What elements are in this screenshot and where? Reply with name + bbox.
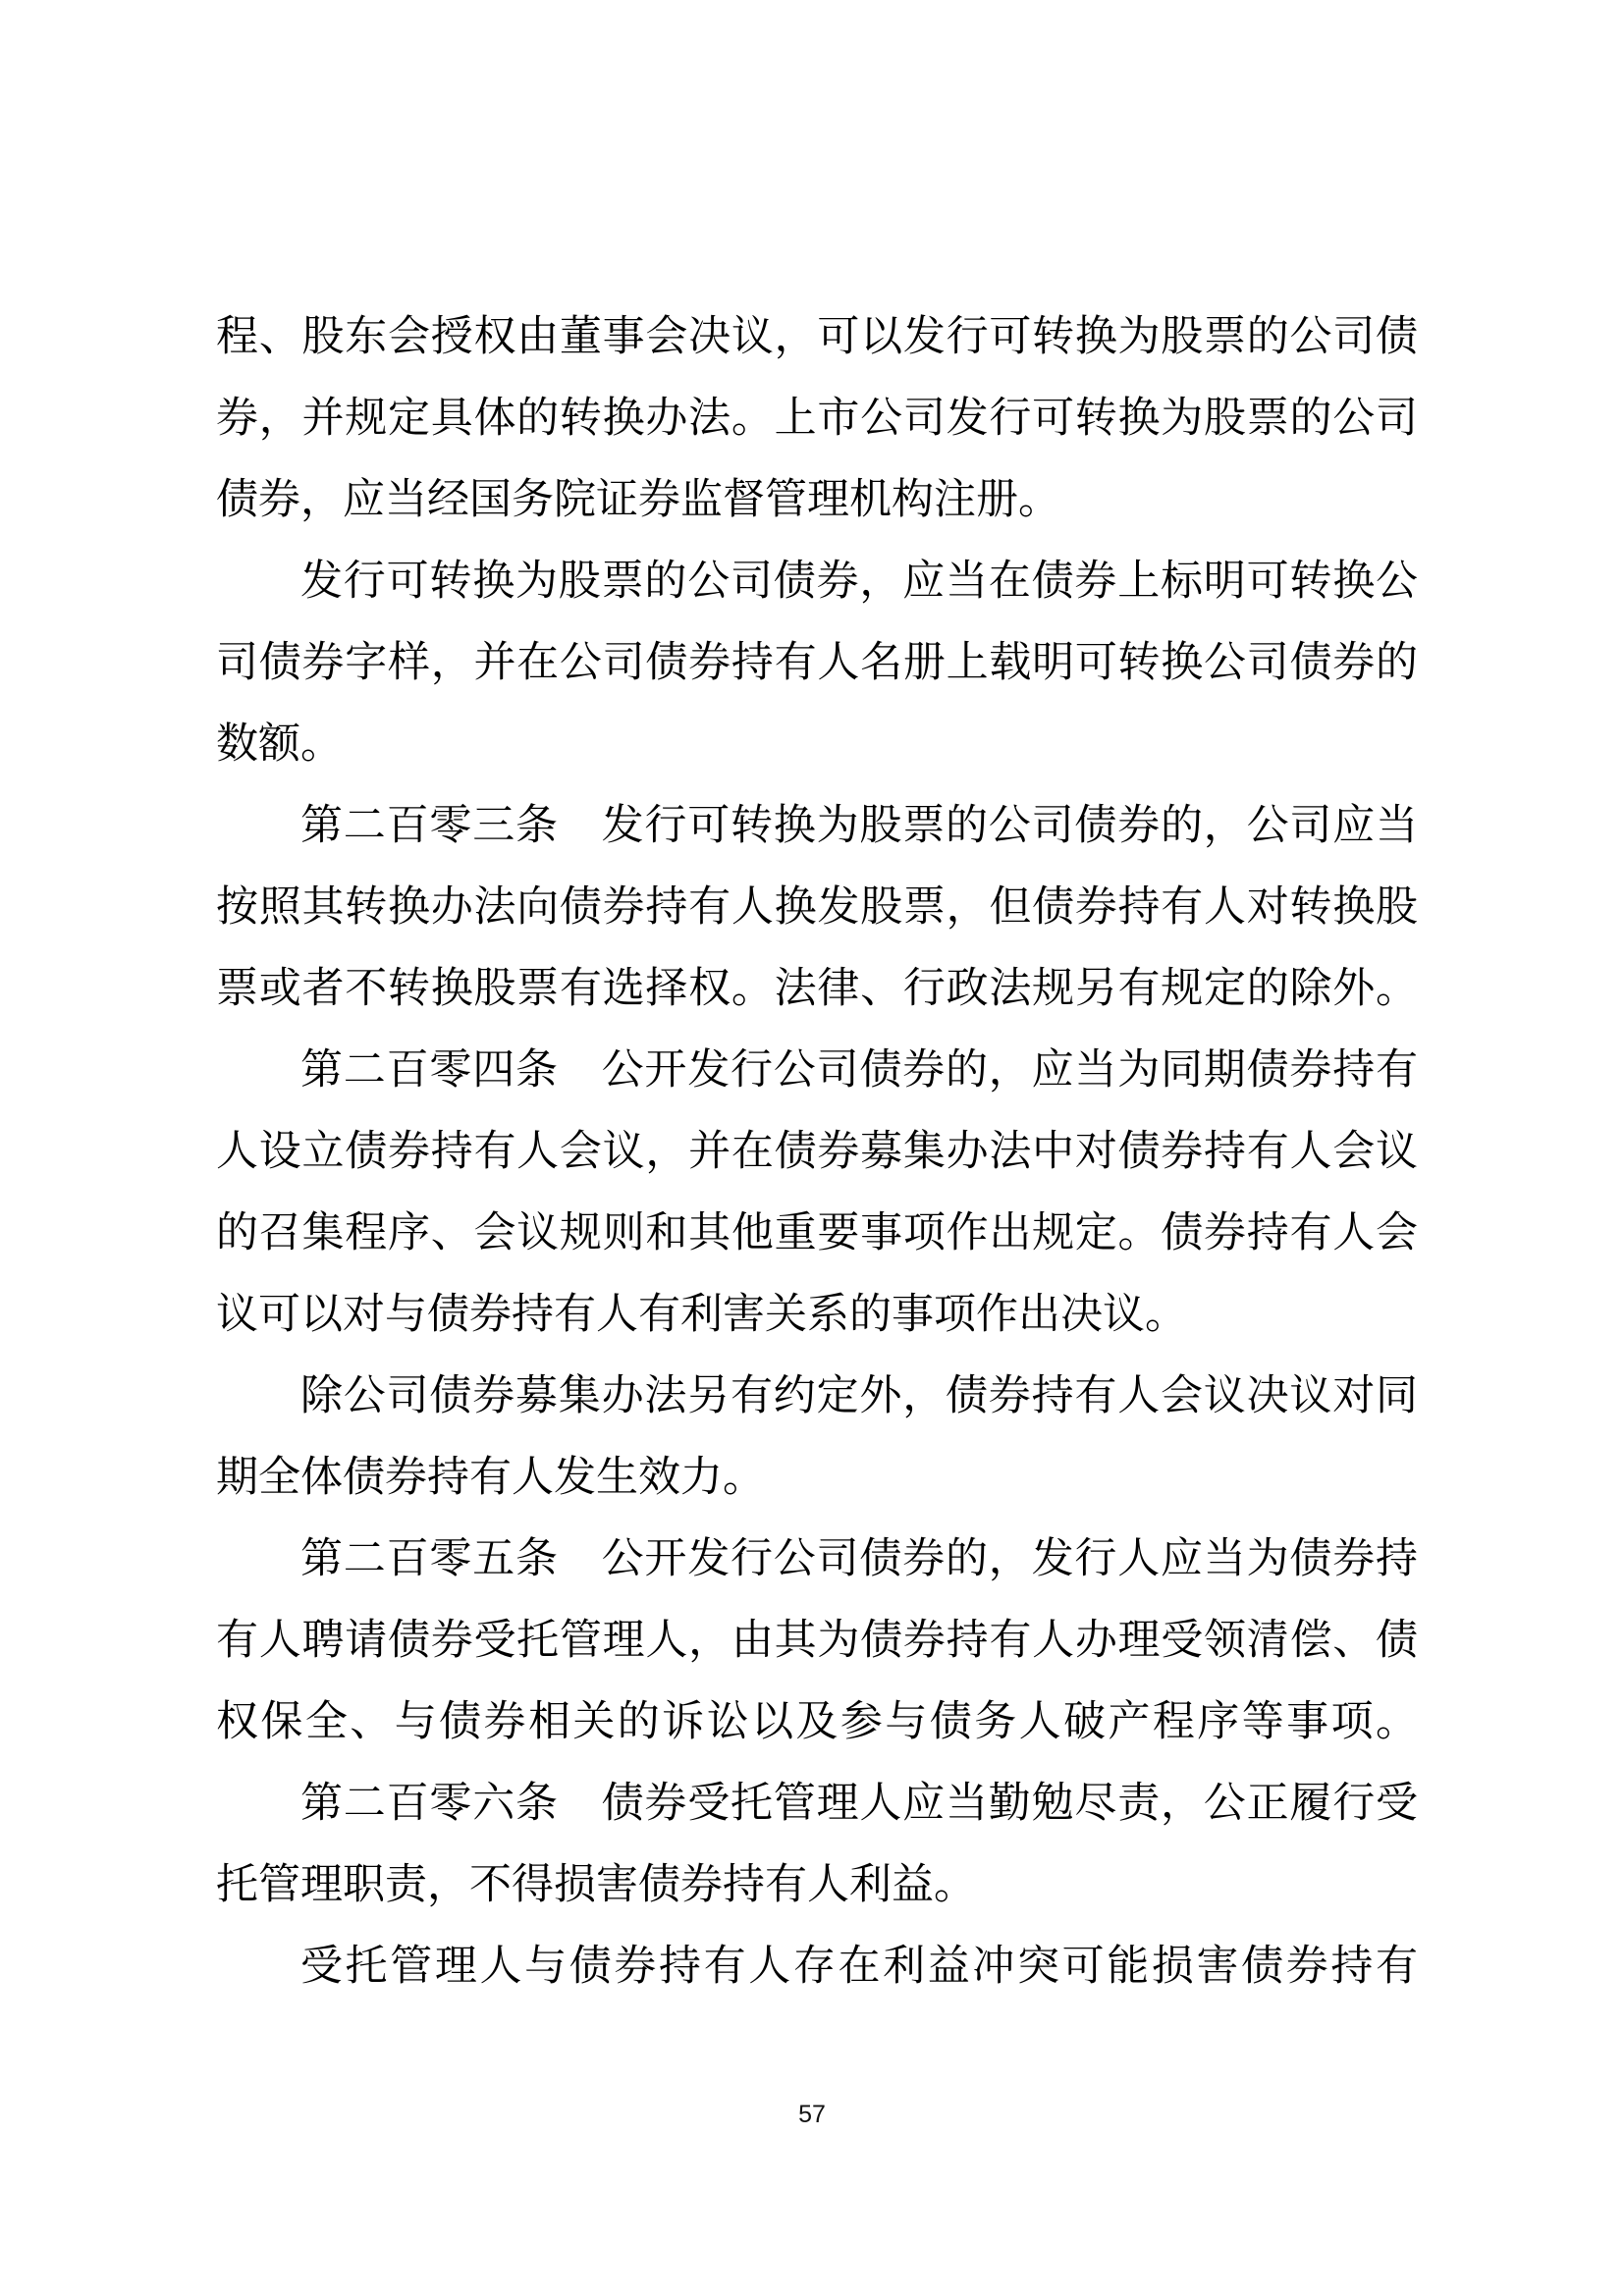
text-line: 券，并规定具体的转换办法。上市公司发行可转换为股票的公司 (216, 378, 1418, 459)
text-line: 第二百零三条 发行可转换为股票的公司债券的，公司应当 (216, 785, 1418, 867)
document-text: 程、股东会授权由董事会决议，可以发行可转换为股票的公司债券，并规定具体的转换办法… (216, 296, 1418, 2007)
text-line: 的召集程序、会议规则和其他重要事项作出规定。债券持有人会 (216, 1193, 1418, 1274)
text-line: 第二百零五条 公开发行公司债券的，发行人应当为债券持 (216, 1519, 1418, 1600)
text-line: 受托管理人与债券持有人存在利益冲突可能损害债券持有 (216, 1926, 1418, 2007)
text-line: 发行可转换为股票的公司债券，应当在债券上标明可转换公 (216, 541, 1418, 622)
text-line: 按照其转换办法向债券持有人换发股票，但债券持有人对转换股 (216, 867, 1418, 948)
text-line: 托管理职责，不得损害债券持有人利益。 (216, 1844, 1418, 1926)
text-line: 债券，应当经国务院证券监督管理机构注册。 (216, 459, 1418, 541)
text-line: 司债券字样，并在公司债券持有人名册上载明可转换公司债券的 (216, 622, 1418, 704)
text-line: 期全体债券持有人发生效力。 (216, 1437, 1418, 1519)
text-line: 票或者不转换股票有选择权。法律、行政法规另有规定的除外。 (216, 948, 1418, 1030)
text-line: 数额。 (216, 704, 1418, 785)
document-page: 程、股东会授权由董事会决议，可以发行可转换为股票的公司债券，并规定具体的转换办法… (0, 0, 1624, 2296)
text-line: 有人聘请债券受托管理人，由其为债券持有人办理受领清偿、债 (216, 1600, 1418, 1682)
text-line: 第二百零六条 债券受托管理人应当勤勉尽责，公正履行受 (216, 1763, 1418, 1844)
text-line: 程、股东会授权由董事会决议，可以发行可转换为股票的公司债 (216, 296, 1418, 378)
text-line: 权保全、与债券相关的诉讼以及参与债务人破产程序等事项。 (216, 1682, 1418, 1763)
text-line: 议可以对与债券持有人有利害关系的事项作出决议。 (216, 1274, 1418, 1356)
text-line: 第二百零四条 公开发行公司债券的，应当为同期债券持有 (216, 1030, 1418, 1111)
text-line: 除公司债券募集办法另有约定外，债券持有人会议决议对同 (216, 1356, 1418, 1437)
text-line: 人设立债券持有人会议，并在债券募集办法中对债券持有人会议 (216, 1111, 1418, 1193)
page-number: 57 (0, 2099, 1624, 2130)
